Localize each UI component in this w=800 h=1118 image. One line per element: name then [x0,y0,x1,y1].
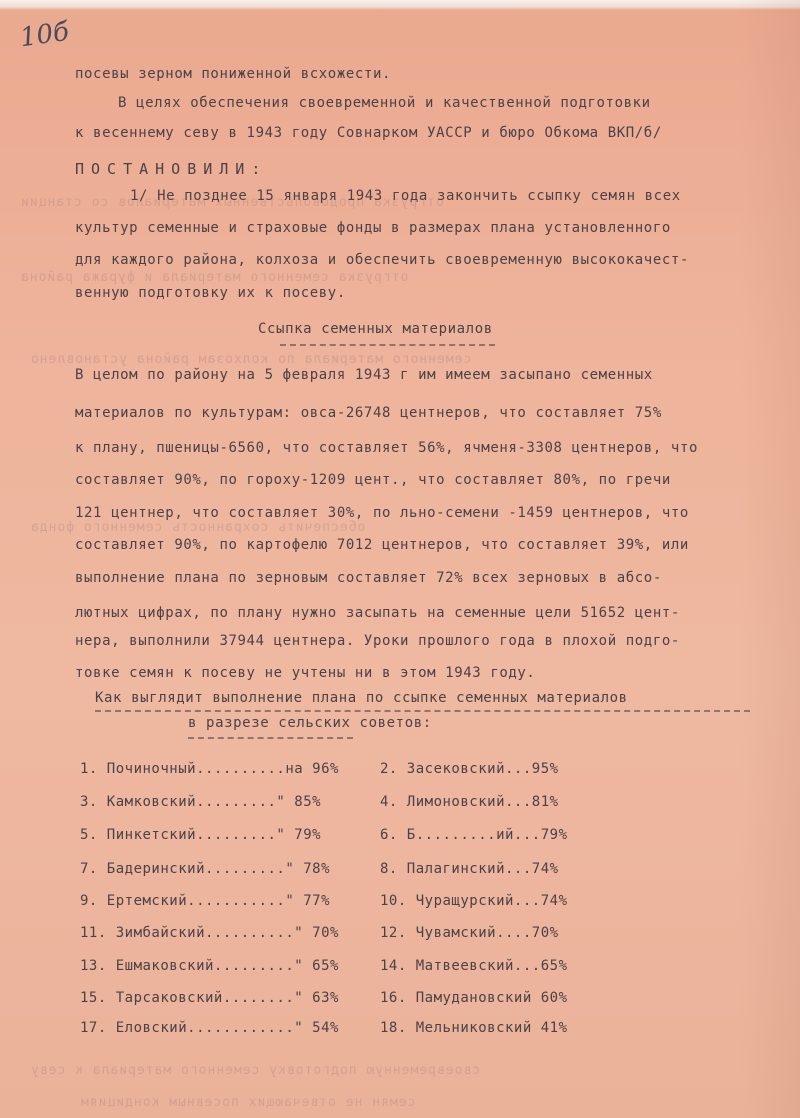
folio-number: 10б [18,17,71,54]
bleed-through-text: семенного материала по колхозам района у… [30,352,471,367]
table-cell-right: 14. Матвеевский...65% [380,958,568,974]
bleed-through-text: обеспечить сохранность семенного фонда [30,520,365,535]
bleed-through-text: семян не отвечающих посевным кондициям [80,1095,415,1110]
text-line: лютных цифрах, по плану нужно засыпать н… [75,605,680,621]
table-cell-left: 1. Починочный..........на 96% [80,761,380,777]
table-cell-left: 7. Бадеринский........." 78% [80,861,380,877]
table-row: 7. Бадеринский........." 78%8. Палагинск… [80,861,559,877]
text-line: В целом по району на 5 февраля 1943 г им… [75,367,653,383]
table-subtitle: в разрезе сельских советов: [188,715,432,731]
text-line: нера, выполнили 37944 центнера. Уроки пр… [75,633,680,649]
table-cell-left: 15. Тарсаковский........" 63% [80,990,380,1006]
paper-shadow [740,0,800,1118]
text-line: посевы зерном пониженной всхожести. [75,66,391,82]
table-cell-left: 17. Еловский............" 54% [80,1020,380,1036]
text-line: материалов по культурам: овса-26748 цент… [75,405,662,421]
table-cell-right: 2. Засековский...95% [380,761,559,777]
table-row: 15. Тарсаковский........" 63%16. Памудан… [80,990,568,1006]
table-cell-right: 4. Лимоновский...81% [380,794,559,810]
table-cell-left: 11. Зимбайский.........." 70% [80,925,380,941]
text-line: составляет 90%, по картофелю 7012 центне… [75,537,689,553]
table-row: 9. Ертемский..........." 77%10. Чуращурс… [80,893,568,909]
resolution-heading: ПОСТАНОВИЛИ: [75,160,267,178]
table-cell-right: 6. Б.........ий...79% [380,827,568,843]
bleed-through-text: своевременную подготовку семенного матер… [30,1063,480,1078]
table-cell-right: 16. Памудановский 60% [380,990,568,1006]
table-cell-right: 10. Чуращурский...74% [380,893,568,909]
table-cell-left: 9. Ертемский..........." 77% [80,893,380,909]
paper-top-edge [0,0,800,10]
text-line: венную подготовку их к посеву. [75,285,346,301]
text-line: 121 центнер, что составляет 30%, по льно… [75,505,689,521]
text-line: к плану, пшеницы-6560, что составляет 56… [75,440,698,456]
text-line: к весеннему севу в 1943 году Совнарком У… [75,125,662,141]
text-line: выполнение плана по зерновым составляет … [75,570,662,586]
text-line: культур семенные и страховые фонды в раз… [75,220,671,236]
title-underline [280,344,495,346]
table-row: 13. Ешмаковский........." 65%14. Матвеев… [80,958,568,974]
table-row: 5. Пинкетский........." 79%6. Б.........… [80,827,568,843]
table-cell-right: 8. Палагинский...74% [380,861,559,877]
table-cell-left: 3. Камковский........." 85% [80,794,380,810]
text-line: 1/ Не позднее 15 января 1943 года законч… [130,188,681,204]
table-title-underline [95,710,750,712]
table-subtitle-underline [188,737,353,739]
table-cell-right: 12. Чувамский....70% [380,925,559,941]
bleed-through-text: отгрузка семенного материала и фуража ра… [20,270,408,285]
table-cell-left: 5. Пинкетский........." 79% [80,827,380,843]
archival-document-page: отгрузка продовольственных материалов со… [0,0,800,1118]
table-cell-right: 18. Мельниковский 41% [380,1020,568,1036]
table-row: 3. Камковский........." 85%4. Лимоновски… [80,794,559,810]
text-line: для каждого района, колхоза и обеспечить… [75,252,689,268]
section-title: Ссыпка семенных материалов [258,321,493,337]
table-row: 11. Зимбайский.........." 70%12. Чувамск… [80,925,559,941]
text-line: В целях обеспечения своевременной и каче… [118,95,651,111]
table-cell-left: 13. Ешмаковский........." 65% [80,958,380,974]
text-line: составляет 90%, по гороху-1209 цент., чт… [75,472,671,488]
table-title: Как выглядит выполнение плана по ссыпке … [95,690,628,706]
table-row: 17. Еловский............" 54%18. Мельник… [80,1020,568,1036]
table-row: 1. Починочный..........на 96%2. Засековс… [80,761,559,777]
text-line: товке семян к посеву не учтены ни в этом… [75,665,535,681]
